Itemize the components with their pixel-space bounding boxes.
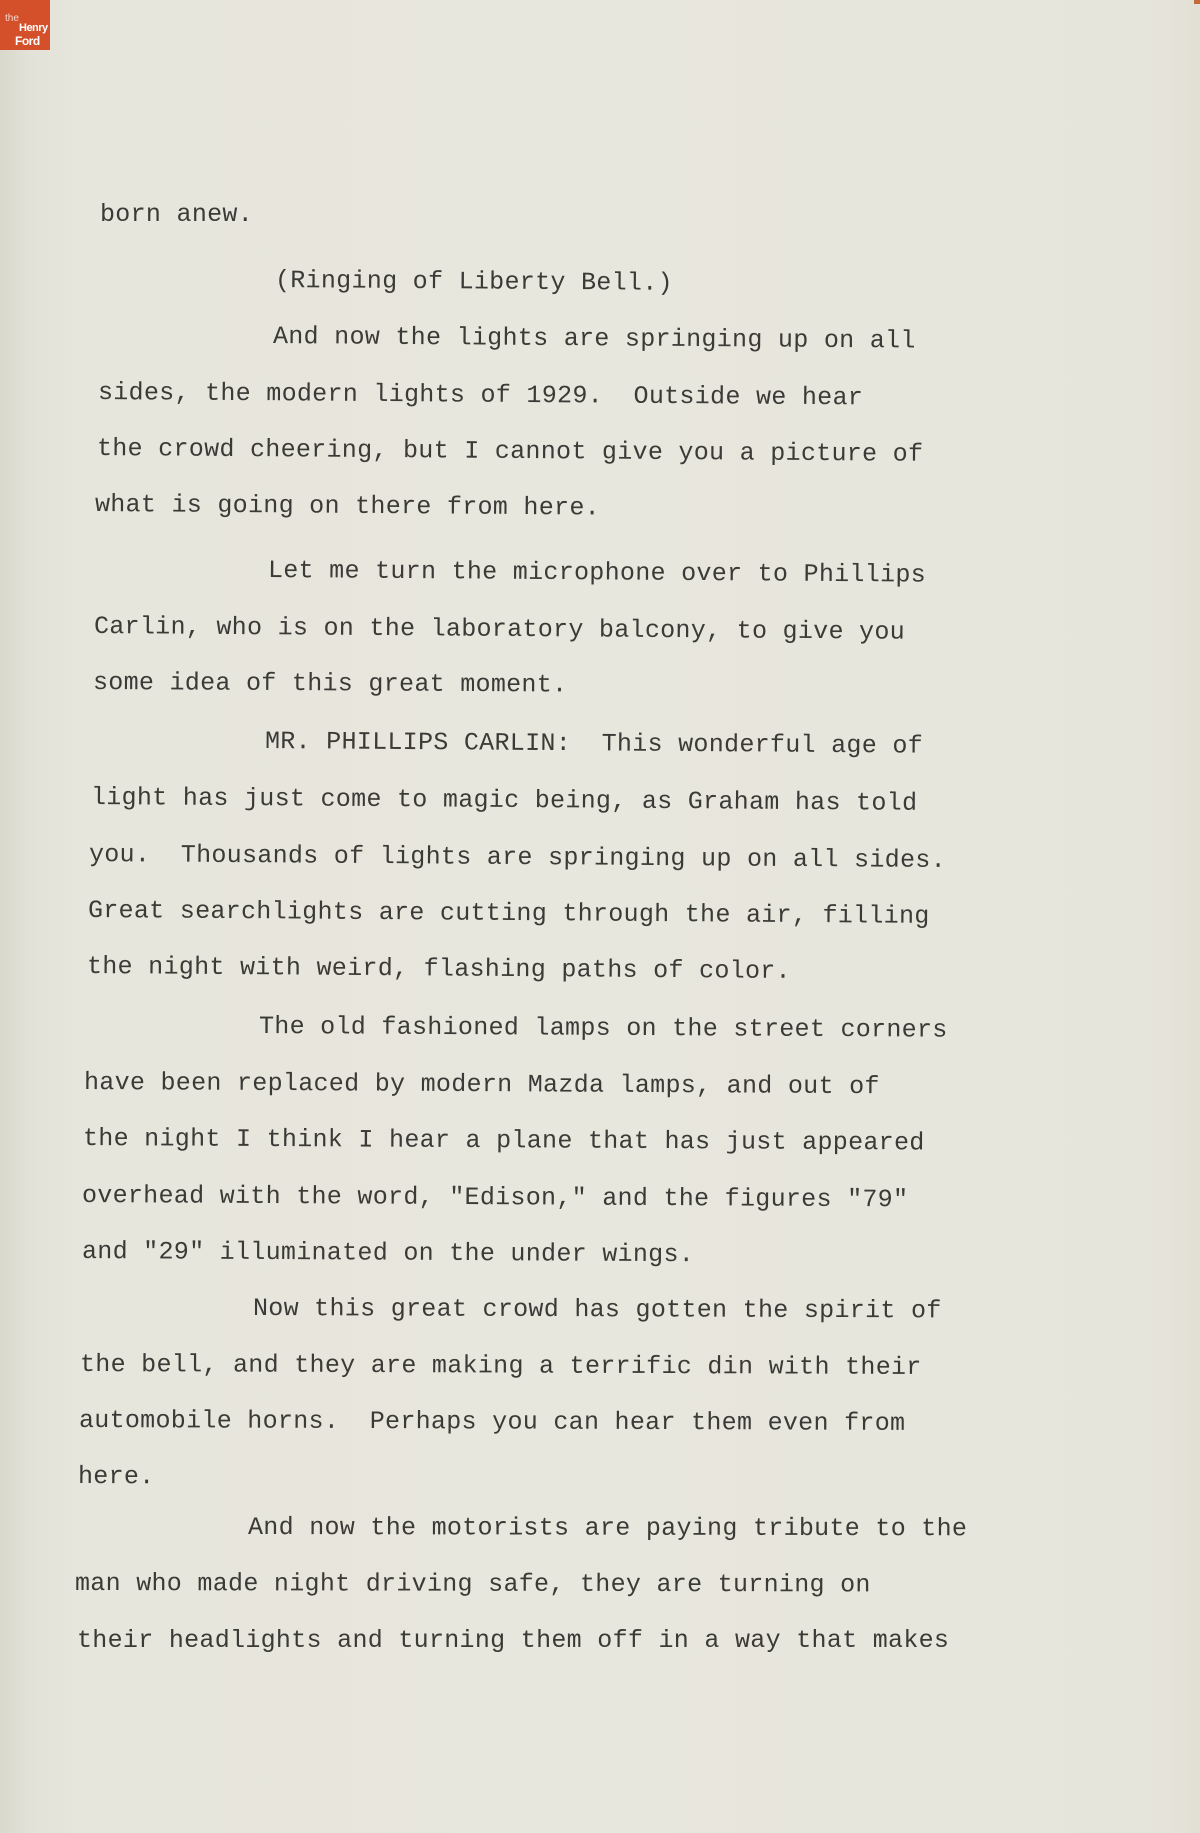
- text-line: And now the motorists are paying tribute…: [248, 1513, 967, 1543]
- text-line: the night I think I hear a plane that ha…: [83, 1124, 925, 1157]
- text-line: sides, the modern lights of 1929. Outsid…: [98, 378, 863, 412]
- logo-the: the: [5, 14, 19, 24]
- text-line: the night with weird, flashing paths of …: [87, 952, 791, 986]
- logo-henry: Henry: [19, 23, 48, 34]
- text-line: you. Thousands of lights are springing u…: [89, 840, 946, 875]
- logo-ford: Ford: [15, 35, 40, 47]
- text-line: have been replaced by modern Mazda lamps…: [84, 1068, 880, 1101]
- text-line: Now this great crowd has gotten the spir…: [253, 1294, 942, 1325]
- text-line: their headlights and turning them off in…: [77, 1626, 949, 1655]
- text-line: and "29" illuminated on the under wings.: [82, 1237, 694, 1269]
- text-line: And now the lights are springing up on a…: [273, 322, 916, 355]
- page-corner-tab: [1194, 0, 1200, 4]
- document-page: the Henry Ford born anew. (Ringing of Li…: [0, 0, 1200, 1833]
- text-line: Let me turn the microphone over to Phill…: [268, 556, 926, 590]
- text-line: light has just come to magic being, as G…: [91, 783, 918, 818]
- text-line: Carlin, who is on the laboratory balcony…: [94, 612, 905, 647]
- text-line: some idea of this great moment.: [93, 668, 568, 699]
- henry-ford-logo: the Henry Ford: [0, 0, 50, 50]
- text-line: born anew.: [100, 200, 253, 229]
- text-line: overhead with the word, "Edison," and th…: [82, 1181, 908, 1214]
- text-line: the crowd cheering, but I cannot give yo…: [97, 434, 924, 469]
- text-line: Great searchlights are cutting through t…: [88, 896, 930, 931]
- text-line: man who made night driving safe, they ar…: [75, 1569, 871, 1599]
- text-line: what is going on there from here.: [95, 490, 600, 523]
- text-line: the bell, and they are making a terrific…: [80, 1350, 922, 1382]
- stage-direction: (Ringing of Liberty Bell.): [275, 266, 673, 298]
- speaker-line: MR. PHILLIPS CARLIN: This wonderful age …: [265, 727, 923, 761]
- text-line: here.: [78, 1462, 155, 1491]
- text-line: automobile horns. Perhaps you can hear t…: [79, 1406, 905, 1438]
- text-line: The old fashioned lamps on the street co…: [259, 1012, 948, 1045]
